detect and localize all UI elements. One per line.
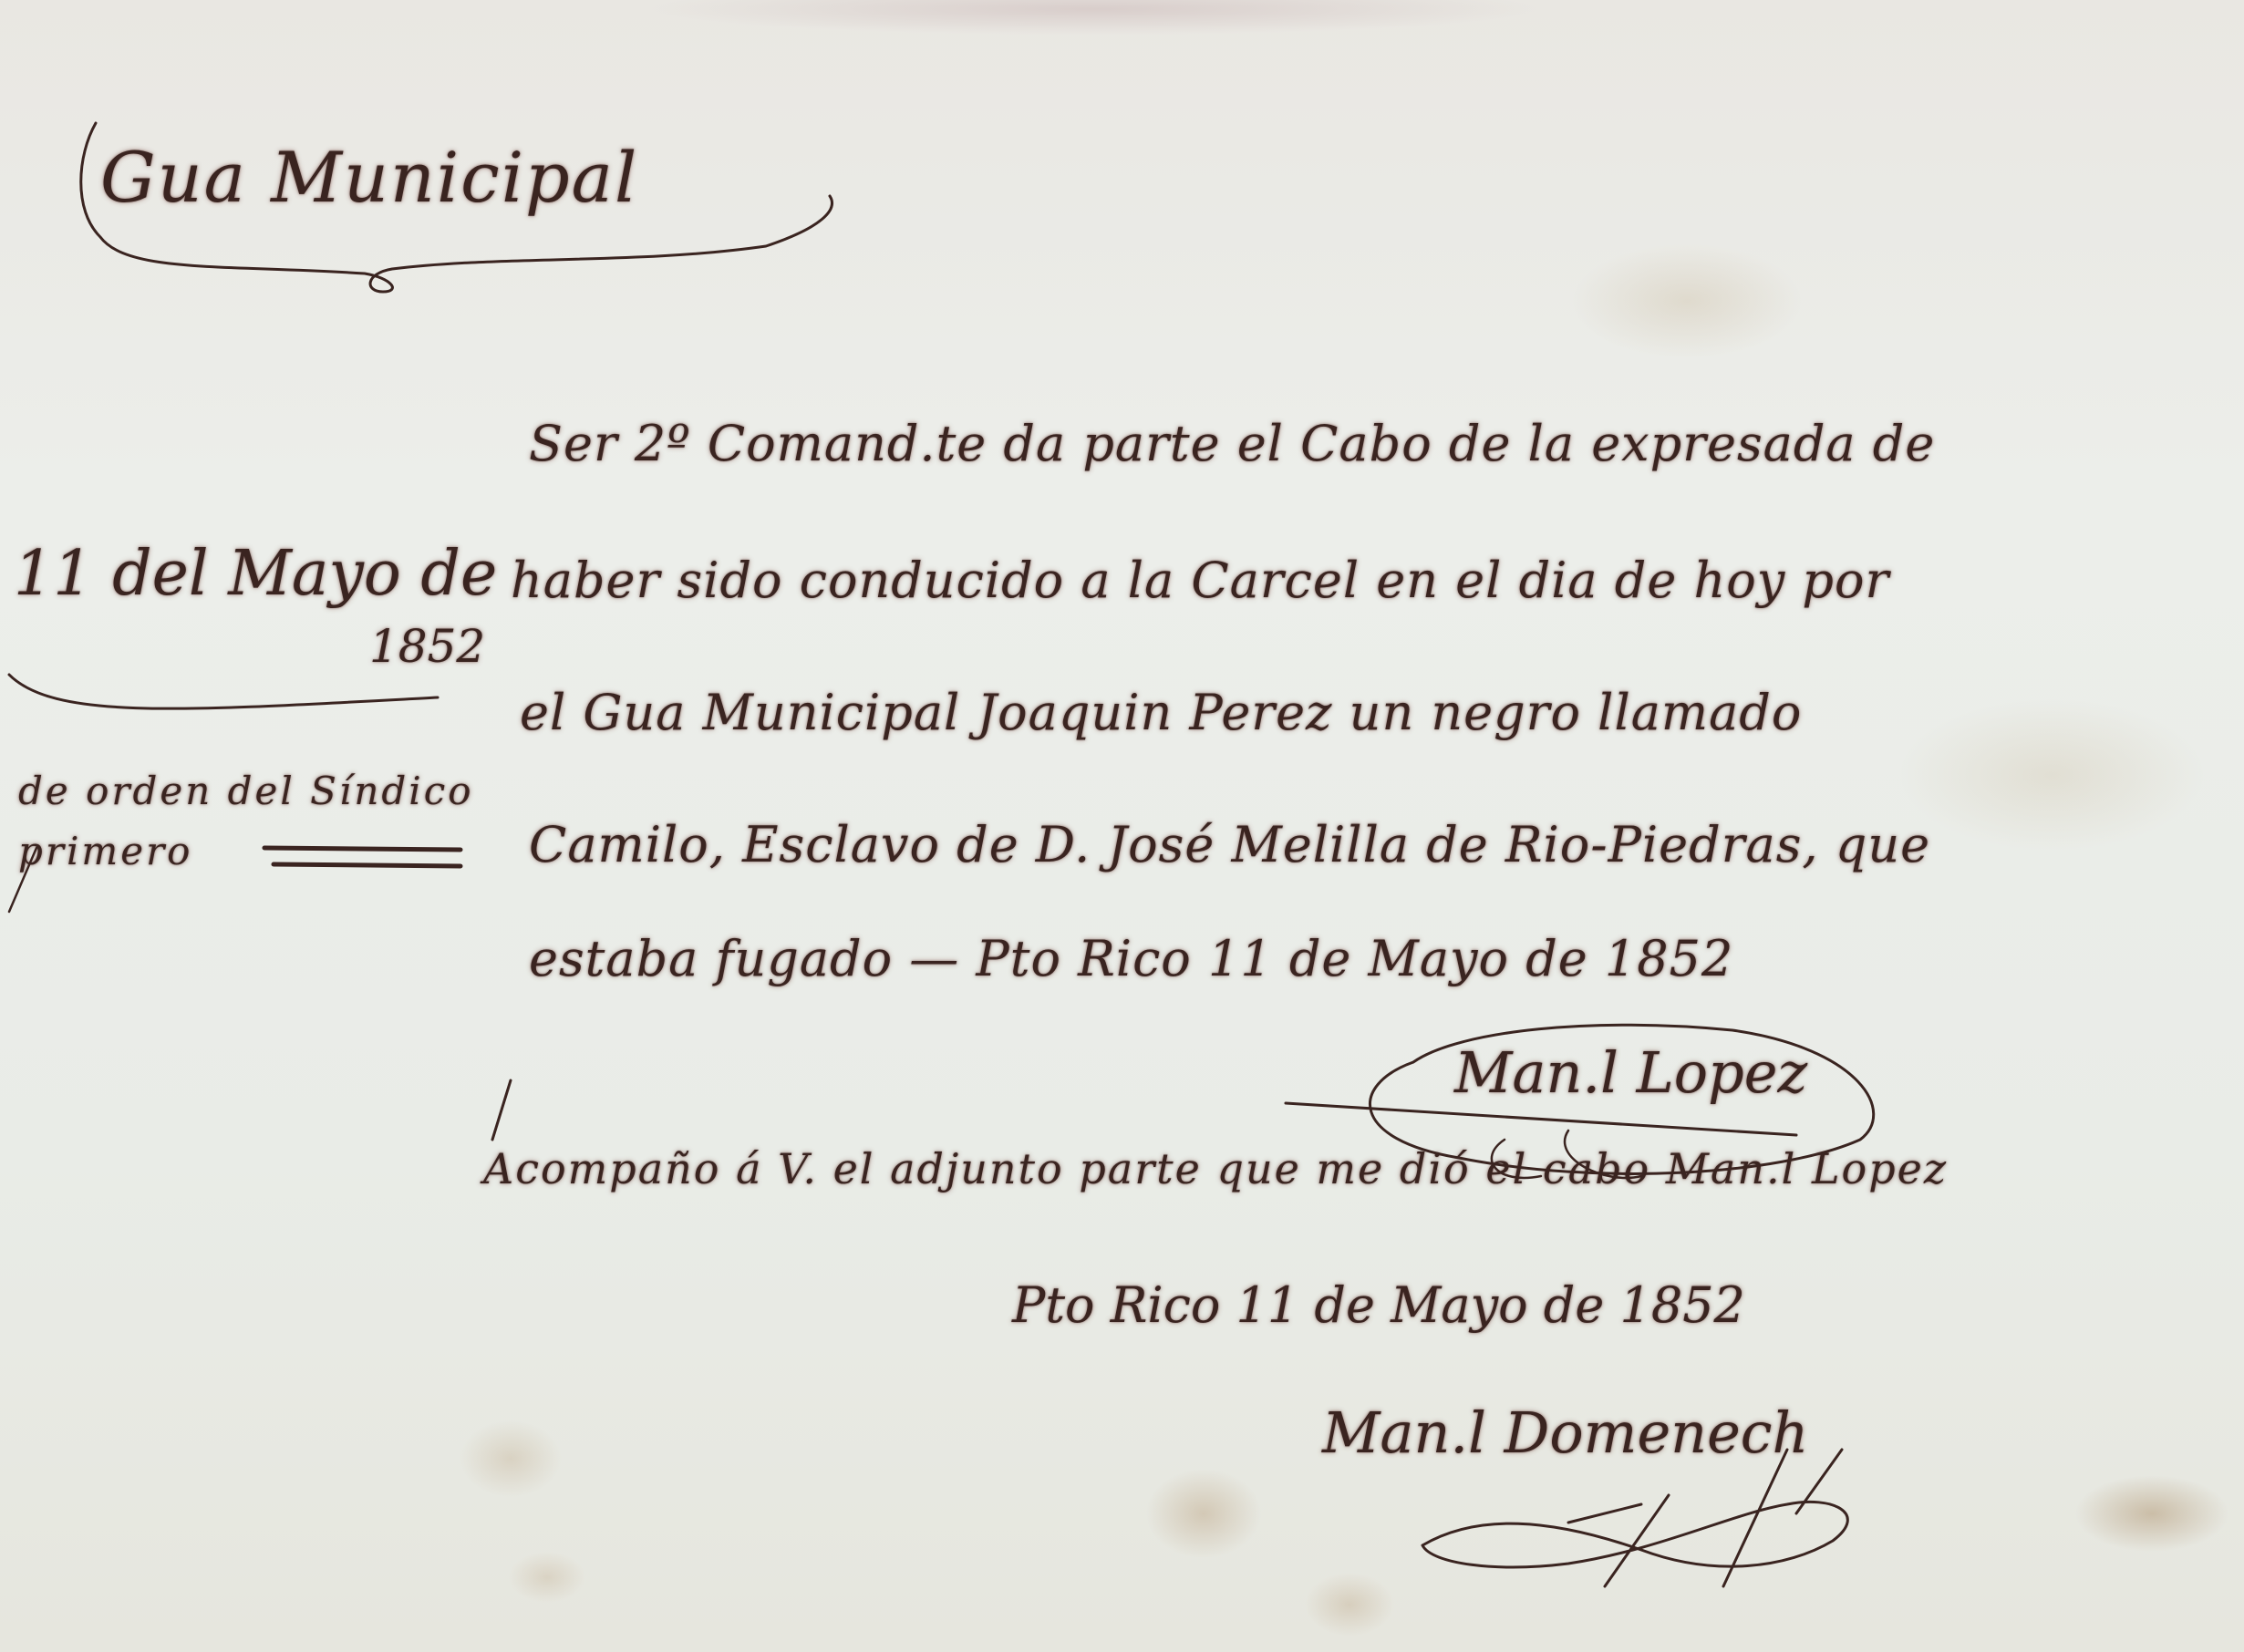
signature-rubric-icon bbox=[1422, 1450, 1847, 1586]
body-line: haber sido conducido a la Carcel en el d… bbox=[511, 552, 1889, 609]
margin-date: 11 del Mayo de bbox=[14, 538, 497, 610]
body-line: estaba fugado — Pto Rico 11 de Mayo de 1… bbox=[529, 930, 1733, 987]
manuscript-page: Gua Municipal 11 del Mayo de 1852 de ord… bbox=[0, 0, 2244, 1652]
body-line: el Gua Municipal Joaquin Perez un negro … bbox=[520, 684, 1802, 741]
document-heading: Gua Municipal bbox=[100, 137, 638, 218]
margin-order-note: de orden del Síndico primero bbox=[18, 761, 492, 882]
signature-domenech: Man.l Domenech bbox=[1322, 1399, 1808, 1466]
forwarding-date: Pto Rico 11 de Mayo de 1852 bbox=[1012, 1276, 1745, 1334]
body-line: Camilo, Esclavo de D. José Melilla de Ri… bbox=[529, 816, 1930, 873]
margin-underline-icon bbox=[9, 675, 438, 708]
margin-year: 1852 bbox=[369, 620, 485, 673]
forwarding-note: Acompaño á V. el adjunto parte que me di… bbox=[483, 1144, 1948, 1193]
signature-lopez: Man.l Lopez bbox=[1454, 1039, 1807, 1106]
body-line: Ser 2º Comand.te da parte el Cabo de la … bbox=[529, 415, 1935, 472]
